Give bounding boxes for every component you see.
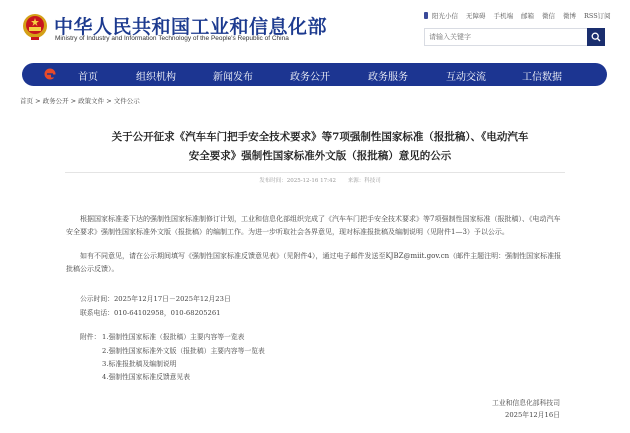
top-link-rss[interactable]: RSS订阅 <box>584 11 611 20</box>
national-emblem-icon <box>22 13 48 41</box>
article-title-line1: 关于公开征求《汽车车门把手安全技术要求》等7项强制性国家标准（报批稿）、《电动汽… <box>60 128 580 147</box>
attachment-link-4[interactable]: 4.强制性国家标准反馈意见表 <box>102 371 190 381</box>
publish-time: 发布时间：2025-12-16 17:42 <box>259 178 336 184</box>
top-link-accessibility[interactable]: 无障碍 <box>466 11 486 20</box>
article-paragraph-1: 根据国家标准委下达的强制性国家标准制修订计划，工业和信息化部组织完成了《汽车车门… <box>66 213 566 239</box>
signature-org: 工业和信息化部科技司 <box>492 397 560 407</box>
article-source: 来源：科技司 <box>348 178 381 184</box>
e-logo-icon <box>44 68 56 80</box>
article-paragraph-2: 如有不同意见，请在公示期间填写《强制性国家标准反馈意见表》（见附件4），通过电子… <box>66 250 566 276</box>
site-subtitle: Ministry of Industry and Information Tec… <box>55 35 289 42</box>
contact-phone: 联系电话：010-64102958，010-68205261 <box>80 307 221 317</box>
attachment-link-1[interactable]: 1.强制性国家标准（报批稿）主要内容等一览表 <box>102 331 244 341</box>
top-link-mobile[interactable]: 手机端 <box>494 11 514 20</box>
signature-date: 2025年12月16日 <box>505 409 560 419</box>
attachments-label: 附件： <box>80 331 100 341</box>
attachment-link-2[interactable]: 2.强制性国家标准外文版（报批稿）主要内容等一览表 <box>102 345 265 355</box>
top-link-sunshine[interactable]: 阳光小信 <box>432 11 458 20</box>
attachment-link-3[interactable]: 3.标准报批稿及编制说明 <box>102 358 176 368</box>
main-nav: 首页 组织机构 新闻发布 政务公开 政务服务 互动交流 工信数据 <box>22 63 607 86</box>
search-box <box>424 28 605 46</box>
top-link-mail[interactable]: 邮箱 <box>521 11 534 20</box>
top-link-weibo[interactable]: 微博 <box>563 11 576 20</box>
article-meta: 发布时间：2025-12-16 17:42 来源：科技司 <box>60 176 580 184</box>
sunshine-icon <box>424 12 428 19</box>
nav-item-gov-affairs[interactable]: 政务公开 <box>290 68 330 83</box>
search-input[interactable] <box>425 29 588 45</box>
nav-item-data[interactable]: 工信数据 <box>522 68 562 83</box>
article-title: 关于公开征求《汽车车门把手安全技术要求》等7项强制性国家标准（报批稿）、《电动汽… <box>60 128 580 166</box>
top-link-wechat[interactable]: 微信 <box>542 11 555 20</box>
nav-item-organization[interactable]: 组织机构 <box>136 68 176 83</box>
site-header: 中华人民共和国工业和信息化部 Ministry of Industry and … <box>0 0 630 58</box>
title-divider <box>65 172 565 173</box>
top-links: 阳光小信 无障碍 手机端 邮箱 微信 微博 RSS订阅 <box>424 11 611 20</box>
nav-item-services[interactable]: 政务服务 <box>368 68 408 83</box>
breadcrumb[interactable]: 首页 > 政务公开 > 政策文件 > 文件公示 <box>20 96 140 105</box>
search-icon <box>591 32 601 42</box>
nav-item-news[interactable]: 新闻发布 <box>213 68 253 83</box>
nav-item-home[interactable]: 首页 <box>78 68 98 83</box>
nav-item-interaction[interactable]: 互动交流 <box>446 68 486 83</box>
article-title-line2: 安全要求》强制性国家标准外文版（报批稿）意见的公示 <box>60 147 580 166</box>
announcement-period: 公示时间：2025年12月17日－2025年12月23日 <box>80 293 231 303</box>
search-button[interactable] <box>587 28 605 46</box>
